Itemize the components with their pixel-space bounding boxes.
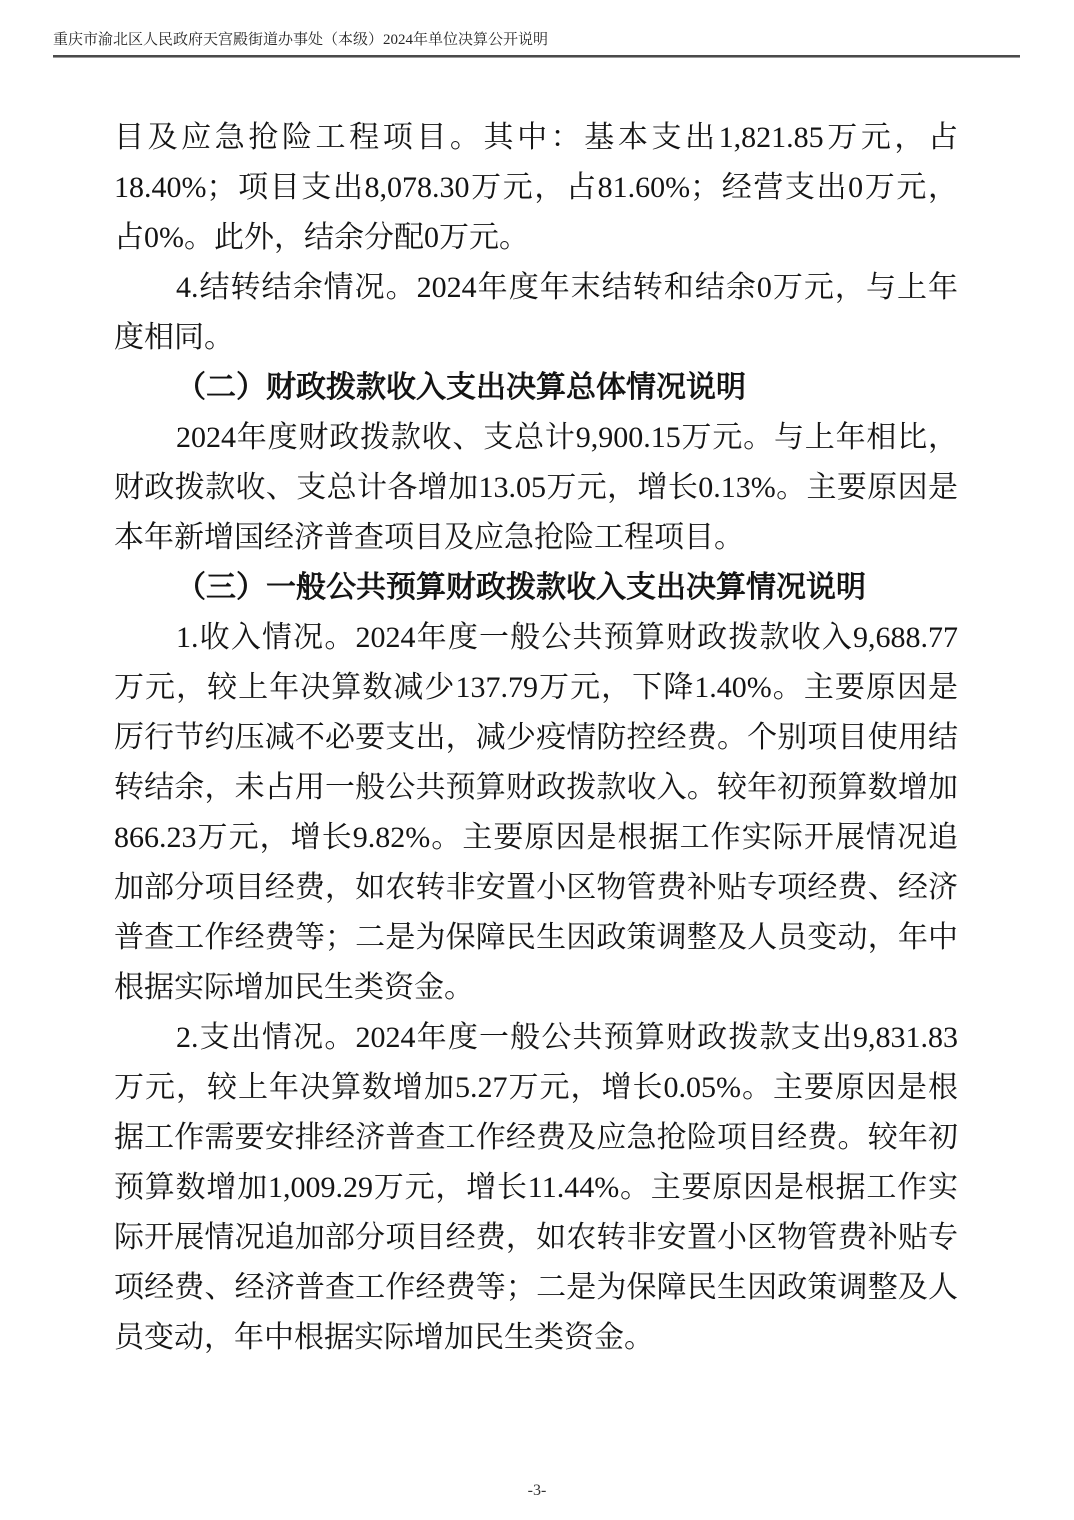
paragraph-income-situation: 1.收入情况。2024年度一般公共预算财政拨款收入9,688.77万元，较上年决…	[114, 613, 958, 1013]
section-heading-fiscal-appropriation-overview: （二）财政拨款收入支出决算总体情况说明	[114, 363, 958, 413]
header-title: 重庆市渝北区人民政府天宫殿街道办事处（本级）2024年单位决算公开说明	[53, 31, 1021, 49]
paragraph-carryover-balance: 4.结转结余情况。2024年度年末结转和结余0万元，与上年度相同。	[114, 263, 958, 363]
header-divider	[53, 55, 1020, 58]
document-body: 目及应急抢险工程项目。其中：基本支出1,821.85万元，占18.40%；项目支…	[114, 113, 958, 1363]
section-heading-general-public-budget: （三）一般公共预算财政拨款收入支出决算情况说明	[114, 563, 958, 613]
page-number: -3-	[528, 1482, 547, 1499]
page-footer: -3-	[0, 1481, 1074, 1501]
paragraph-expenditure-situation: 2.支出情况。2024年度一般公共预算财政拨款支出9,831.83万元，较上年决…	[114, 1013, 958, 1363]
page-header: 重庆市渝北区人民政府天宫殿街道办事处（本级）2024年单位决算公开说明	[53, 31, 1021, 49]
paragraph-continuation: 目及应急抢险工程项目。其中：基本支出1,821.85万元，占18.40%；项目支…	[114, 113, 958, 263]
paragraph-fiscal-appropriation-total: 2024年度财政拨款收、支总计9,900.15万元。与上年相比，财政拨款收、支总…	[114, 413, 958, 563]
document-page: 重庆市渝北区人民政府天宫殿街道办事处（本级）2024年单位决算公开说明 目及应急…	[0, 0, 1074, 1520]
